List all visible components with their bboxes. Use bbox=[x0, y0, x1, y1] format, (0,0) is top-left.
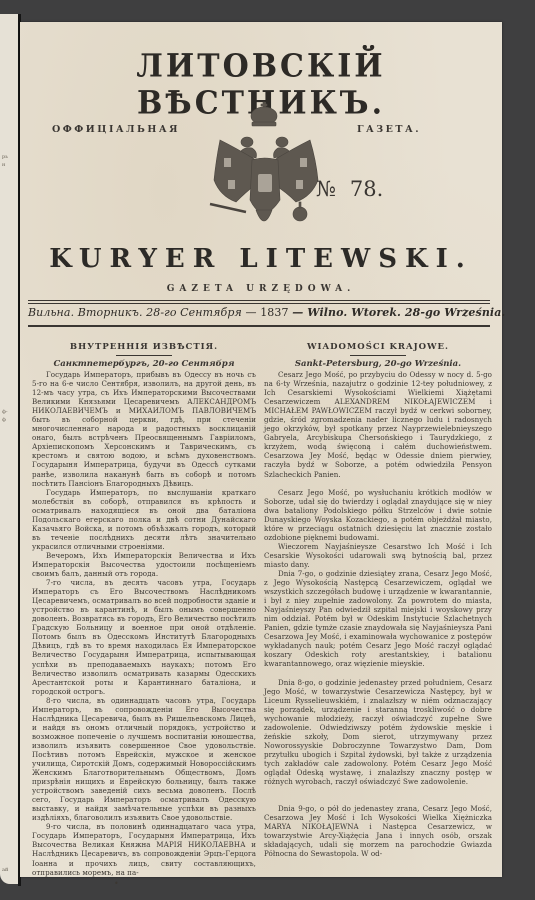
article-paragraph: 7-го числа, въ десять часовъ утра, Госуд… bbox=[32, 578, 256, 696]
article-place-date-russian: Санктпетербургъ, 20-го Сентября bbox=[32, 359, 256, 369]
prev-page-fragment: н bbox=[2, 162, 5, 168]
dateline-top-rule-2 bbox=[28, 303, 490, 304]
article-paragraph: Dnia 7-go, o godzinie dziesiątey zrana, … bbox=[264, 569, 492, 669]
issue-number-symbol: № bbox=[316, 177, 336, 201]
issue-number-value: 78. bbox=[350, 177, 383, 201]
prev-page-fragment: рь bbox=[2, 154, 8, 160]
dateline-top-rule bbox=[28, 300, 490, 301]
dateline-polish: — Wilno. Wtorek. 28-go Września. bbox=[292, 306, 505, 319]
previous-page-edge: рь н ф- ф ай bbox=[0, 14, 20, 884]
dateline-bottom-rule bbox=[28, 325, 490, 327]
article-paragraph: Государь Императоръ, прибывъ въ Одессу в… bbox=[32, 370, 256, 488]
prev-page-fragment: ф bbox=[2, 417, 6, 423]
dateline-year: 1837 bbox=[260, 306, 288, 319]
official-label-left: ОФФИЦІАЛЬНАЯ bbox=[52, 124, 180, 135]
article-paragraph: 8-го числа, въ одиннадцать часовъ утра, … bbox=[32, 696, 256, 823]
section-heading-rule bbox=[350, 355, 406, 356]
article-paragraph: Вечеромъ, Ихъ Императорскія Величества и… bbox=[32, 551, 256, 578]
masthead-title-polish: KURYER LITEWSKI. bbox=[20, 244, 502, 274]
article-paragraph: 9-го числа, въ половинѣ одиннадцатаго ча… bbox=[32, 822, 256, 876]
article-paragraph: Dnia 8-go, o godzinie jedenastey przed p… bbox=[264, 678, 492, 787]
double-headed-eagle-icon bbox=[206, 100, 326, 240]
official-label-right: ГАЗЕТА. bbox=[357, 124, 421, 135]
masthead-subtitle-polish: GAZETA URZĘDOWA. bbox=[20, 284, 502, 294]
prev-page-fragment: ф- bbox=[2, 409, 8, 415]
article-paragraph: Wieczorem Nayjaśnieysze Cesarstwo Ich Mo… bbox=[264, 542, 492, 569]
column-polish: WIADOMOŚCI KRAJOWE. Sankt-Petersburg, 20… bbox=[264, 338, 492, 858]
column-russian: ВНУТРЕННІЯ ИЗВѢСТІЯ. Санктпетербургъ, 20… bbox=[32, 338, 256, 888]
section-heading-russian: ВНУТРЕННІЯ ИЗВѢСТІЯ. bbox=[32, 342, 256, 352]
prev-page-fragment: ай bbox=[2, 867, 8, 873]
article-paragraph: Cesarz Jego Mość, po przybyciu do Odessy… bbox=[264, 370, 492, 479]
section-heading-polish: WIADOMOŚCI KRAJOWE. bbox=[264, 342, 492, 352]
article-paragraph: Cesarz Jego Mość, po wysłuchaniu krótkic… bbox=[264, 488, 492, 542]
article-place-date-polish: Sankt-Petersburg, 20-go Września. bbox=[264, 359, 492, 369]
issue-number: №78. bbox=[316, 177, 383, 201]
section-heading-rule bbox=[116, 355, 172, 356]
end-mark: • bbox=[114, 879, 256, 888]
dateline-russian: Вильна. Вторникъ. 28-го Сентября — bbox=[28, 306, 257, 319]
article-paragraph: Dnia 9-go, o pół do jedenastey zrana, Ce… bbox=[264, 804, 492, 858]
dateline: Вильна. Вторникъ. 28-го Сентября — 1837 … bbox=[28, 306, 496, 322]
article-paragraph: Государь Императоръ, по выслушаніи кратк… bbox=[32, 488, 256, 551]
newspaper-page: ЛИТОВСКІЙ ВѢСТНИКЪ. ОФФИЦІАЛЬНАЯ ГАЗЕТА. bbox=[20, 22, 502, 877]
